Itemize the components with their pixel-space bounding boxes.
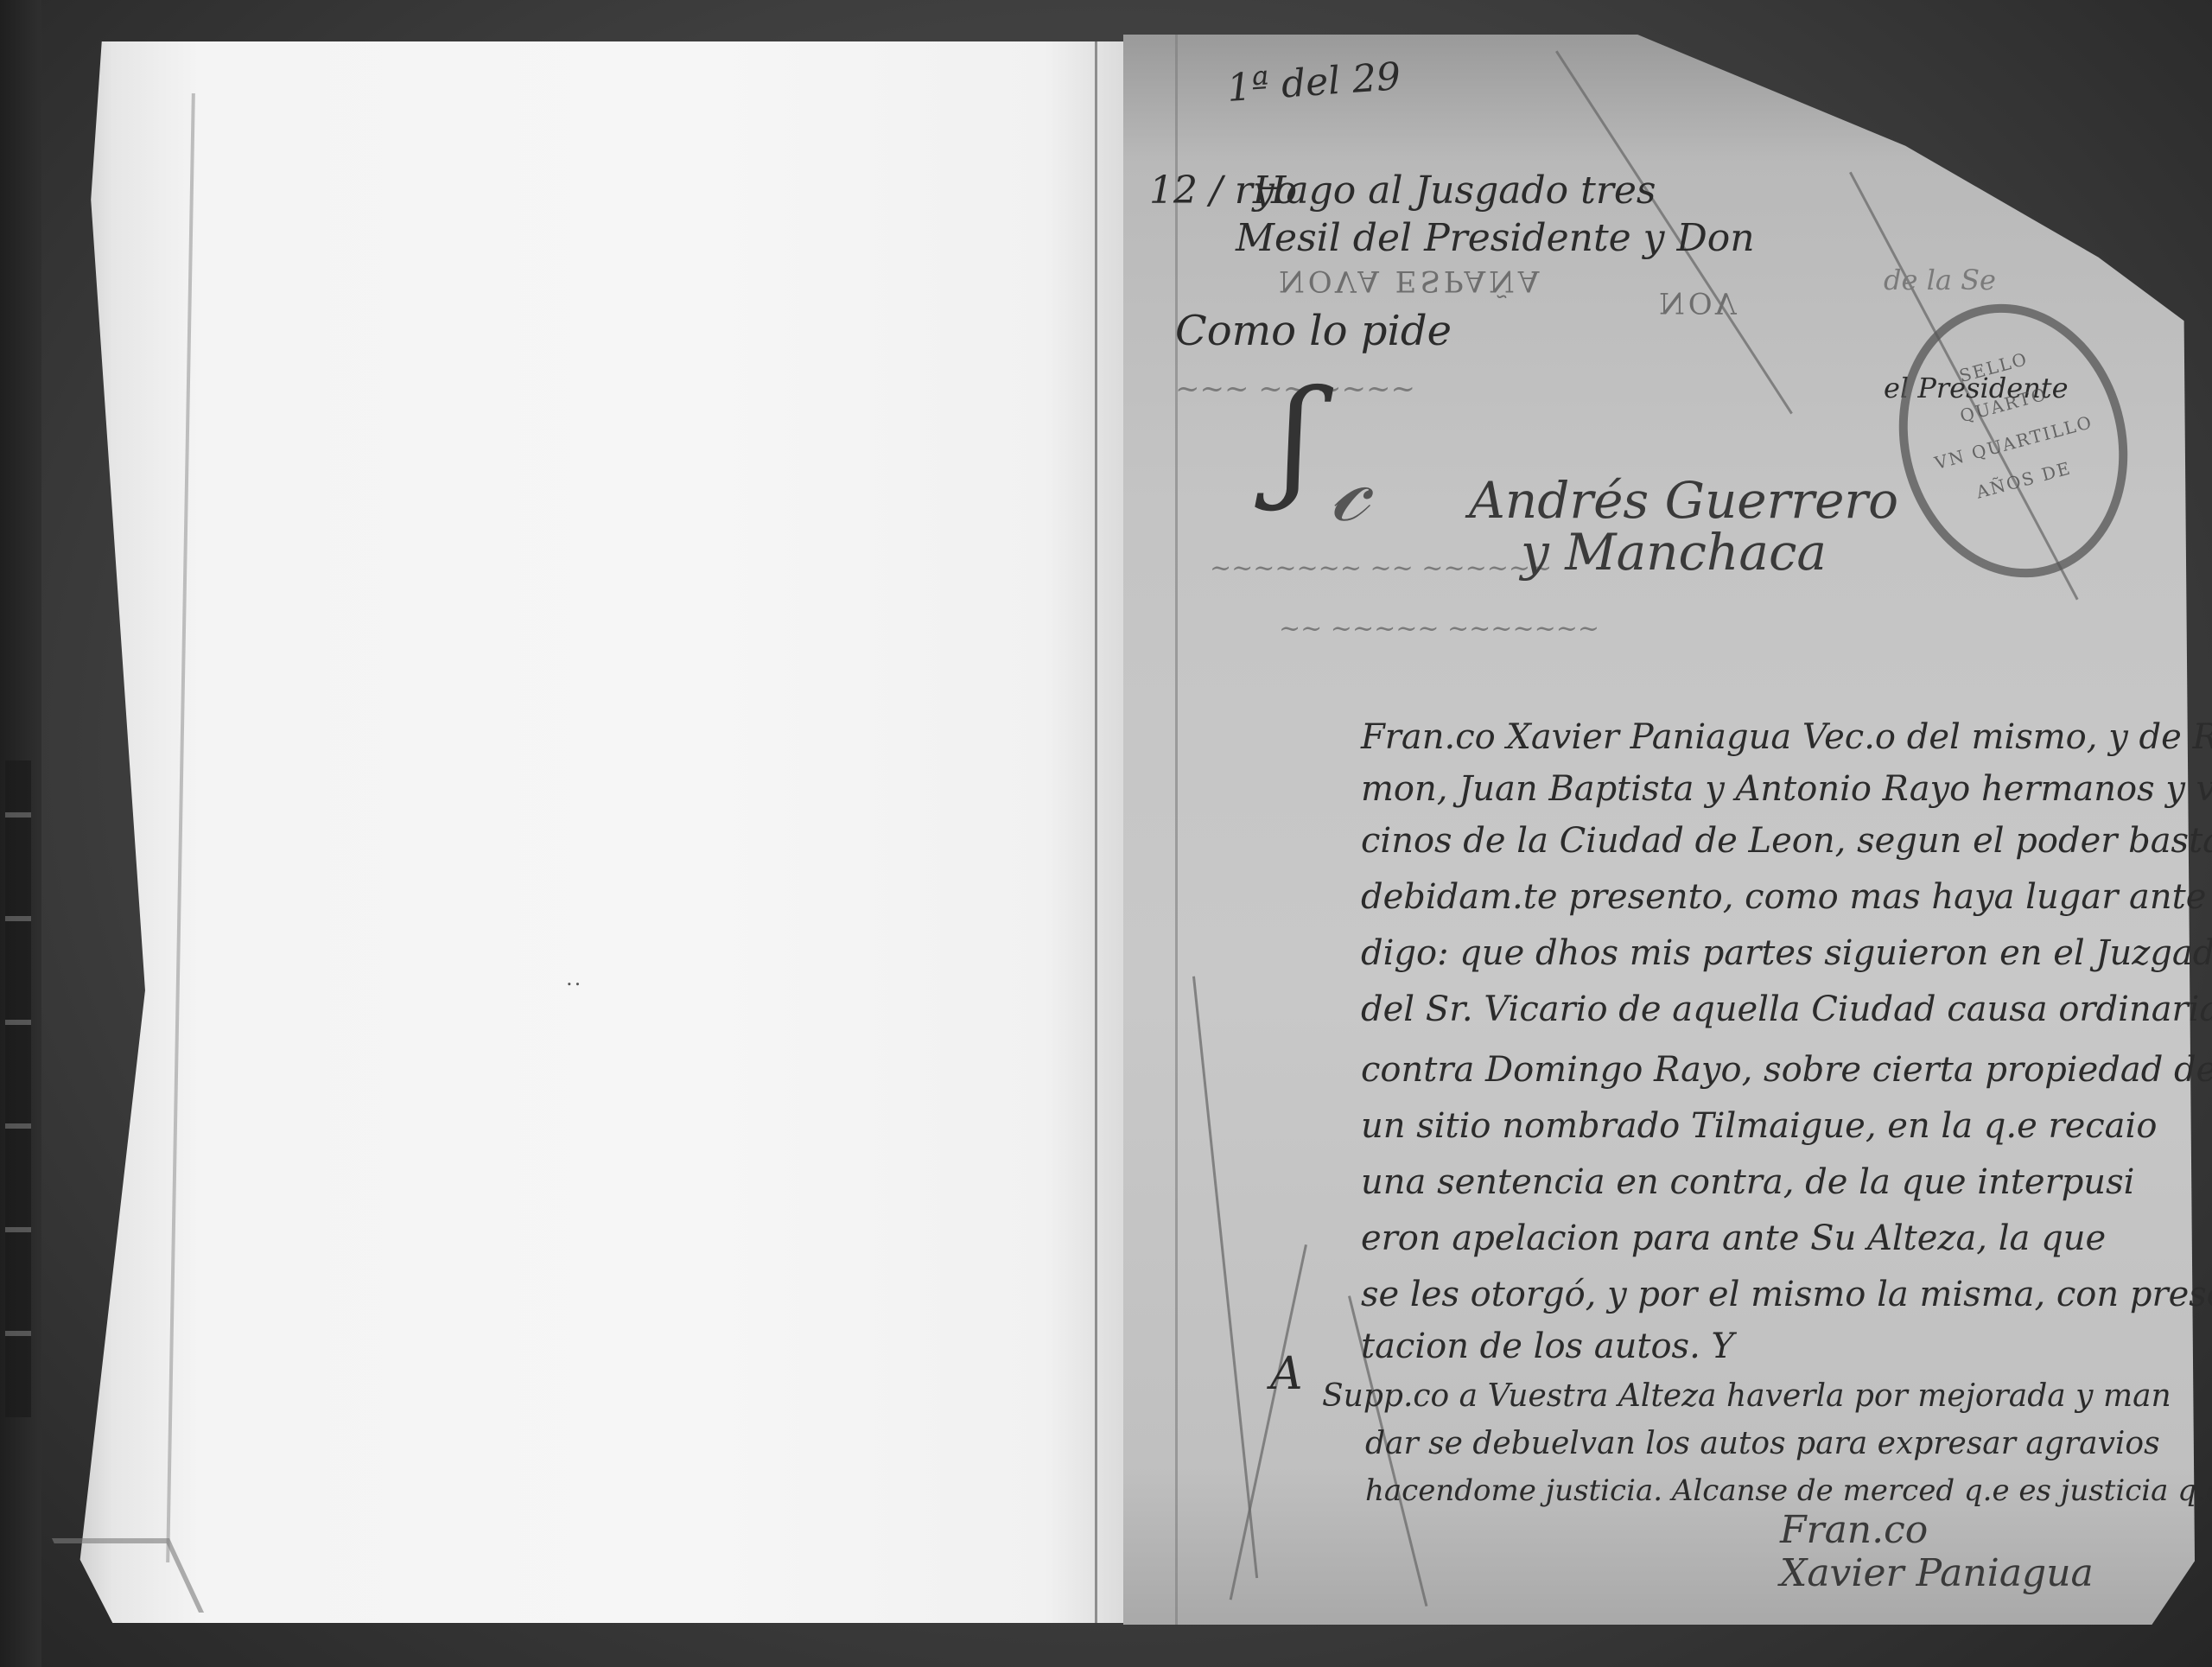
left-page: .. [48, 41, 1132, 1623]
body-line: del Sr. Vicario de aquella Ciudad causa … [1361, 989, 2212, 1029]
body-line: se les otorgó, y por el mismo la misma, … [1361, 1275, 2212, 1314]
body-line: mon, Juan Baptista y Antonio Rayo herman… [1361, 769, 2212, 809]
bleed-through-text: ~~ ~~~~~ ~~~~~~~ [1279, 614, 1599, 644]
seal-side-note: de la Se [1884, 264, 1996, 296]
printed-stamp-line: NOVA ESPAÑA [1279, 264, 1542, 298]
body-line: cinos de la Ciudad de Leon, segun el pod… [1361, 821, 2212, 861]
body-line: eron apelacion para ante Su Alteza, la q… [1361, 1218, 2106, 1258]
body-line: un sitio nombrado Tilmaigue, en la q.e r… [1361, 1106, 2157, 1146]
rubric-flourish: ʃ [1279, 363, 1314, 513]
rubric-flourish: 𝒸 [1331, 432, 1369, 544]
header-line: Mesil del Presidente y Don [1236, 216, 1755, 260]
official-signature: Andrés Guerrero [1469, 471, 1898, 530]
spine-ruler [5, 760, 31, 1417]
bleed-through-text: ~~~~~~~ ~~ ~~~~~~ [1210, 553, 1552, 583]
body-line: Fran.co Xavier Paniagua Vec.o del mismo,… [1361, 717, 2212, 757]
gutter-line [1095, 41, 1097, 1623]
petitioner-signature: Fran.co [1780, 1508, 1928, 1552]
body-line: debidam.te presento, como mas haya lugar… [1361, 877, 2212, 917]
body-line: una sentencia en contra, de la que inter… [1361, 1162, 2134, 1202]
body-line: contra Domingo Rayo, sobre cierta propie… [1361, 1050, 2212, 1090]
body-line: digo: que dhos mis partes siguieron en e… [1361, 933, 2212, 973]
page-edge-line [166, 93, 195, 1562]
closing-line: hacendome justicia. Alcanse de merced q.… [1365, 1473, 2212, 1508]
header-line: Hago al Jusgado tres [1253, 169, 1656, 213]
decree-line: Como lo pide [1175, 307, 1452, 355]
petitioner-signature: Xavier Paniagua [1780, 1551, 2094, 1595]
closing-line: dar se debuelvan los autos para expresar… [1365, 1426, 2160, 1461]
closing-line: Supp.co a Vuestra Alteza haverla por mej… [1322, 1378, 2171, 1414]
book-spine [0, 0, 41, 1667]
closing-marker: A [1270, 1348, 1303, 1400]
printed-stamp-line: NOV [1659, 285, 1740, 320]
page-marks: .. [566, 966, 582, 990]
official-signature: y Manchaca [1521, 523, 1827, 582]
body-line: tacion de los autos. Y [1361, 1327, 1734, 1366]
